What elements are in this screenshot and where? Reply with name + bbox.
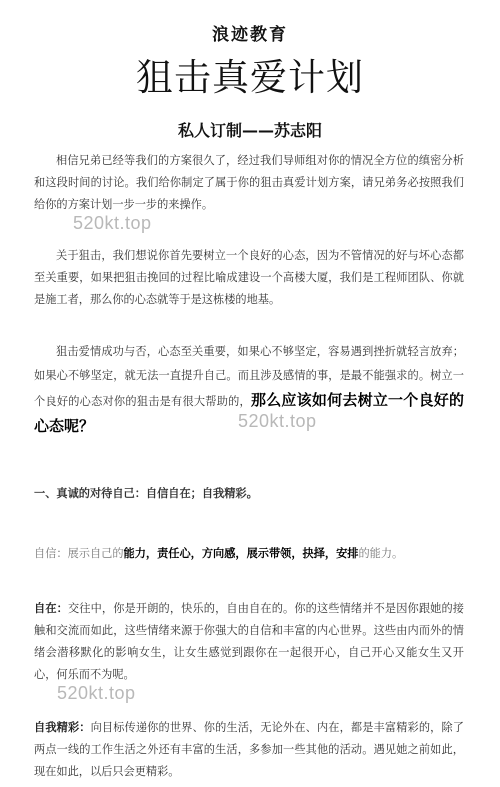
- ease-paragraph: 自在：交往中，你是开朗的，快乐的，自由自在的。你的这些情绪并不是因你跟她的接触和…: [34, 597, 464, 686]
- ease-label: 自在：: [34, 601, 68, 615]
- ease-text: 交往中，你是开朗的，快乐的，自由自在的。你的这些情绪并不是因你跟她的接触和交流而…: [34, 602, 464, 681]
- document-subtitle: 私人订制——苏志阳: [0, 118, 500, 141]
- watermark: 520kt.top: [73, 213, 152, 234]
- intro-paragraph: 相信兄弟已经等我们的方案很久了，经过我们导师组对你的情况全方位的缜密分析和这段时…: [34, 150, 464, 216]
- confidence-paragraph: 自信：展示自己的能力，责任心，方向感，展示带领，抉择，安排的能力。: [34, 543, 464, 565]
- confidence-lead: 展示自己的: [68, 547, 124, 560]
- confidence-label: 自信：: [34, 547, 68, 560]
- watermark: 520kt.top: [57, 683, 136, 704]
- self-brilliance-label: 自我精彩：: [34, 720, 91, 734]
- section-1-heading: 一、真诚的对待自己：自信自在；自我精彩。: [34, 483, 464, 505]
- self-brilliance-text: 向目标传递你的世界、你的生活，无论外在、内在，都是丰富精彩的，除了两点一线的工作…: [34, 721, 464, 778]
- watermark: 520kt.top: [238, 411, 317, 432]
- confidence-emphasis: 能力，责任心，方向感，展示带领，抉择，安排: [124, 547, 359, 560]
- confidence-tail: 的能力。: [358, 547, 403, 560]
- document-title: 狙击真爱计划: [0, 55, 500, 101]
- self-brilliance-paragraph: 自我精彩：向目标传递你的世界、你的生活，无论外在、内在，都是丰富精彩的，除了两点…: [34, 716, 464, 783]
- mindset-paragraph: 关于狙击，我们想说你首先要树立一个良好的心态，因为不管情况的好与坏心态都至关重要…: [34, 245, 464, 311]
- brand-heading: 浪迹教育: [0, 20, 500, 45]
